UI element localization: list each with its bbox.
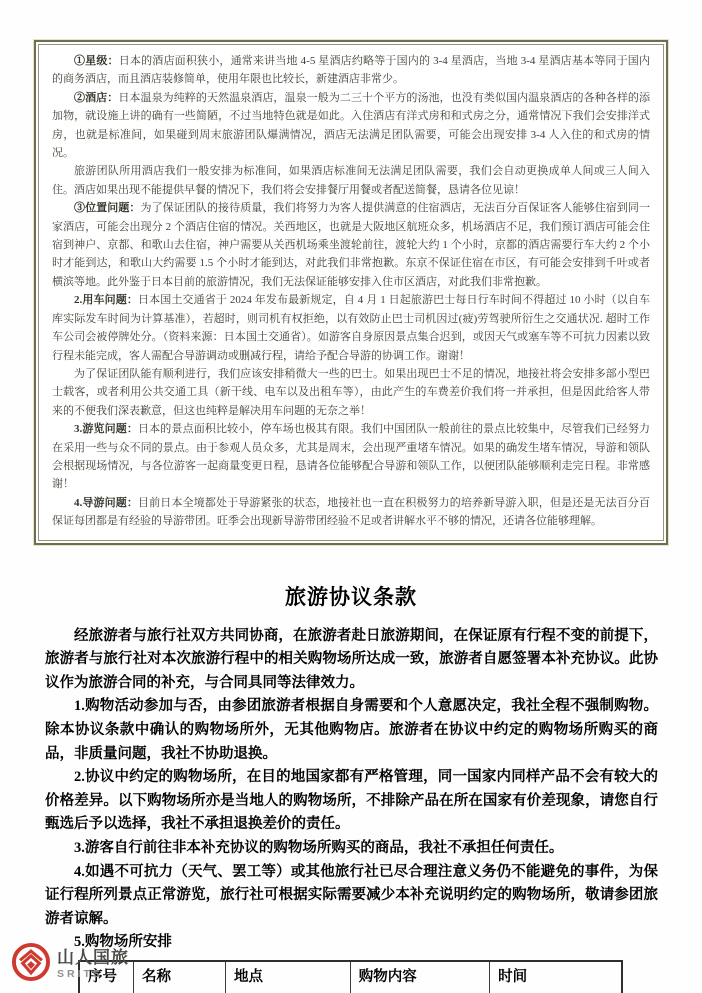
notice-paragraph-star-rating: ①星级：日本的酒店面积狭小，通常来讲当地 4-5 星酒店约略等于国内的 3-4 … xyxy=(52,52,650,89)
agreement-title: 旅游协议条款 xyxy=(0,581,702,611)
notice-box: ①星级：日本的酒店面积狭小，通常来讲当地 4-5 星酒店约略等于国内的 3-4 … xyxy=(34,40,668,545)
agreement-intro: 经旅游者与旅行社双方共同协商，在旅游者赴日旅游期间，在保证原有行程不变的前提下，… xyxy=(45,625,658,696)
notice-text: 日本温泉为纯粹的天然温泉酒店，温泉一般为二三十个平方的汤池，也没有类似国内温泉酒… xyxy=(52,92,650,159)
notice-text: 目前日本全境都处于导游紧张的状态，地接社也一直在积极努力的培养新导游入职，但是还… xyxy=(52,497,650,527)
notice-text: 为了保证团队能有顺利进行，我们应该安排稍微大一些的巴士。如果出现巴士不足的情况，… xyxy=(52,368,650,417)
notice-label: 2.用车问题： xyxy=(74,294,138,306)
shopping-places-table: 序号 名称 地点 购物内容 时间 xyxy=(78,960,623,993)
header-cell-content: 购物内容 xyxy=(350,961,489,993)
notice-text: 日本的景点面积比较小，停车场也极其有限。我们中国团队一般前往的景点比较集中，尽管… xyxy=(52,423,650,490)
header-cell-place: 地点 xyxy=(225,961,350,993)
notice-paragraph-hotel: ②酒店：日本温泉为纯粹的天然温泉酒店，温泉一般为二三十个平方的汤池，也没有类似国… xyxy=(52,89,650,163)
notice-label: 4.导游问题： xyxy=(74,497,138,509)
notice-paragraph-location: ③位置问题：为了保证团队的接待质量，我们将努力为客人提供满意的住宿酒店，无法百分… xyxy=(52,199,650,291)
notice-paragraph-sightseeing: 3.游览问题：日本的景点面积比较小，停车场也极其有限。我们中国团队一般前往的景点… xyxy=(52,420,650,494)
notice-paragraph-guide: 4.导游问题：目前日本全境都处于导游紧张的状态，地接社也一直在积极努力的培养新导… xyxy=(52,494,650,531)
agreement-clause-1: 1.购物活动参加与否，由参团旅游者根据自身需要和个人意愿决定，我社全程不强制购物… xyxy=(45,695,658,766)
notice-paragraph-room-type: 旅游团队所用酒店我们一般安排为标准间，如果酒店标准间无法满足团队需要，我们会自动… xyxy=(52,162,650,199)
srits-emblem-icon xyxy=(10,941,52,988)
logo-text-block: 山人国旅 SRITS xyxy=(57,949,129,981)
notice-text: 旅游团队所用酒店我们一般安排为标准间，如果酒店标准间无法满足团队需要，我们会自动… xyxy=(52,165,650,195)
logo-chinese-name: 山人国旅 xyxy=(57,949,129,967)
notice-paragraph-bus-extra: 为了保证团队能有顺利进行，我们应该安排稍微大一些的巴士。如果出现巴士不足的情况，… xyxy=(52,365,650,420)
notice-label: ①星级： xyxy=(74,55,119,67)
notice-label: ③位置问题： xyxy=(74,202,140,214)
notice-box-inner: ①星级：日本的酒店面积狭小，通常来讲当地 4-5 星酒店约略等于国内的 3-4 … xyxy=(38,44,664,541)
notice-text: 日本的酒店面积狭小，通常来讲当地 4-5 星酒店约略等于国内的 3-4 星酒店，… xyxy=(52,55,650,85)
document-page: ①星级：日本的酒店面积狭小，通常来讲当地 4-5 星酒店约略等于国内的 3-4 … xyxy=(0,0,702,993)
agreement-clause-3: 3.游客自行前往非本补充协议的购物场所购买的商品，我社不承担任何责任。 xyxy=(45,837,658,861)
company-logo: 山人国旅 SRITS xyxy=(10,941,129,988)
agreement-clause-2: 2.协议中约定的购物场所，在目的地国家都有严格管理，同一国家内同样产品不会有较大… xyxy=(45,766,658,837)
agreement-section5-label: 5.购物场所安排 xyxy=(45,931,658,955)
agreement-body: 经旅游者与旅行社双方共同协商，在旅游者赴日旅游期间，在保证原有行程不变的前提下，… xyxy=(45,625,658,993)
notice-text: 日本国土交通省于 2024 年发布最新规定，自 4 月 1 日起旅游巴士每日行车… xyxy=(52,294,650,361)
header-cell-name: 名称 xyxy=(133,961,225,993)
notice-label: ②酒店： xyxy=(74,92,118,104)
agreement-clause-4: 4.如遇不可抗力（天气、罢工等）或其他旅行社已尽合理注意义务仍不能避免的事件，为… xyxy=(45,861,658,932)
notice-text: 为了保证团队的接待质量，我们将努力为客人提供满意的住宿酒店，无法百分百保证客人能… xyxy=(52,202,650,288)
logo-english-name: SRITS xyxy=(57,968,129,980)
table-header-row: 序号 名称 地点 购物内容 时间 xyxy=(79,961,622,993)
notice-paragraph-bus: 2.用车问题：日本国土交通省于 2024 年发布最新规定，自 4 月 1 日起旅… xyxy=(52,291,650,365)
notice-label: 3.游览问题： xyxy=(74,423,138,435)
header-cell-time: 时间 xyxy=(490,961,622,993)
